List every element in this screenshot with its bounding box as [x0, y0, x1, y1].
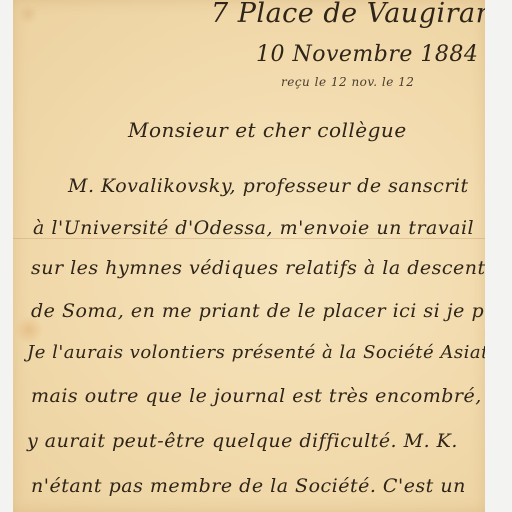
sender-address: 7 Place de Vaugirard: [211, 0, 485, 29]
body-line-3: sur les hymnes védiques relatifs à la de…: [31, 257, 485, 279]
letter-date: 10 Novembre 1884: [256, 42, 478, 67]
body-line-4: de Soma, en me priant de le placer ici s…: [31, 300, 485, 322]
salutation: Monsieur et cher collègue: [128, 118, 407, 142]
body-line-1: M. Kovalikovsky, professeur de sanscrit: [68, 175, 469, 197]
body-line-7: y aurait peut-être quelque difficulté. M…: [27, 430, 458, 452]
body-line-5: Je l'aurais volontiers présenté à la Soc…: [27, 342, 485, 363]
body-line-2: à l'Université d'Odessa, m'envoie un tra…: [33, 217, 474, 239]
letter-page: 7 Place de Vaugirard 10 Novembre 1884 re…: [13, 0, 485, 512]
body-line-8: n'étant pas membre de la Société. C'est …: [31, 475, 466, 497]
receipt-annotation: reçu le 12 nov. le 12: [281, 75, 414, 89]
body-line-6: mais outre que le journal est très encom…: [31, 385, 485, 407]
